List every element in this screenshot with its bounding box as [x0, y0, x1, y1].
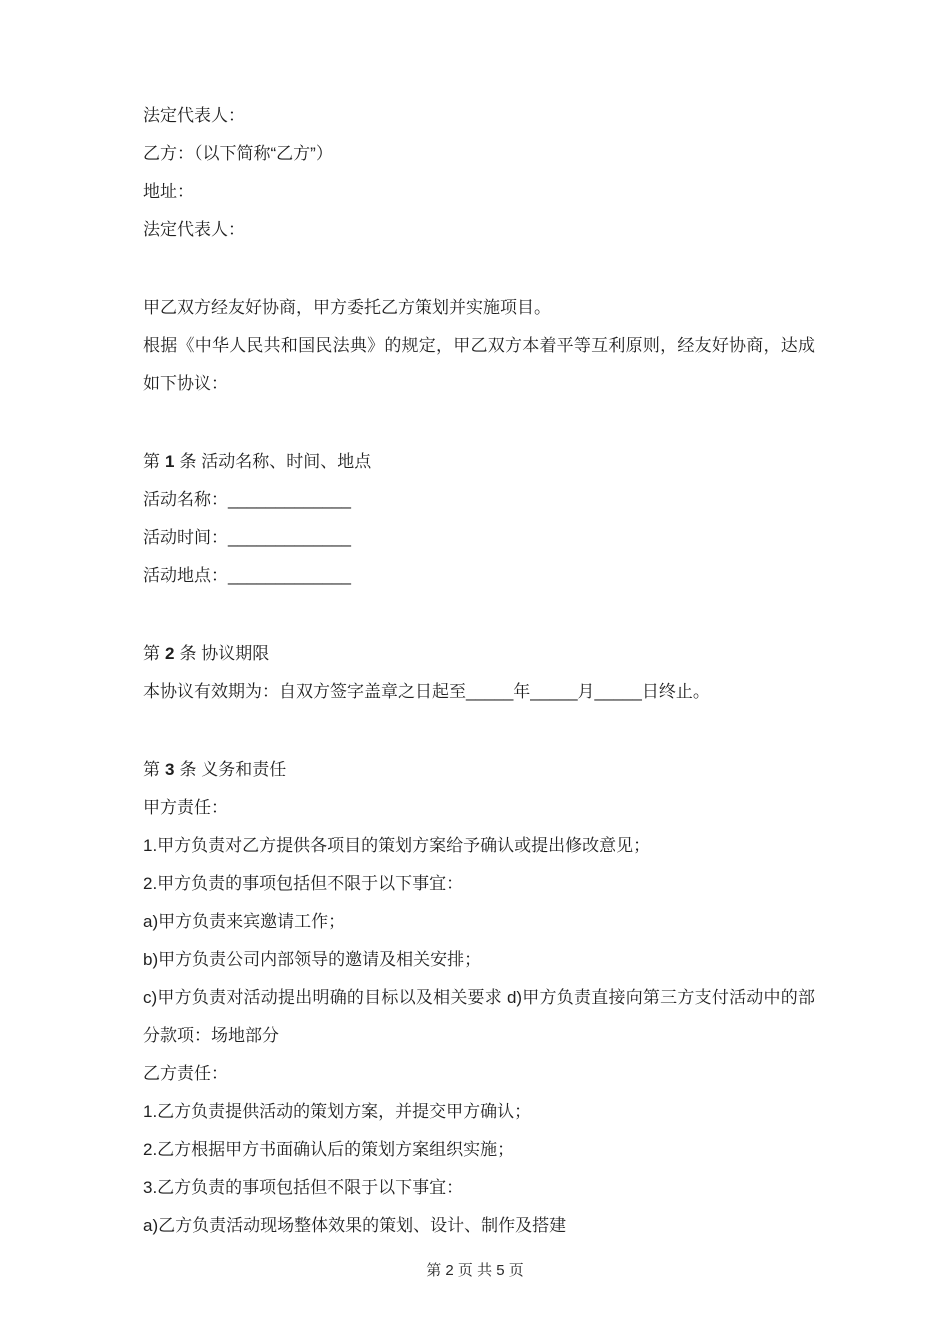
- paragraph: 乙方：（以下简称“乙方”）: [143, 135, 815, 173]
- paragraph: 根据《中华人民共和国民法典》的规定，甲乙双方本着平等互利原则，经友好协商，达成如…: [143, 327, 815, 403]
- paragraph: 活动地点：_____________: [143, 557, 815, 595]
- paragraph: a)甲方负责来宾邀请工作；: [143, 903, 815, 941]
- paragraph: 1.乙方负责提供活动的策划方案，并提交甲方确认；: [143, 1093, 815, 1131]
- paragraph: c)甲方负责对活动提出明确的目标以及相关要求 d)甲方负责直接向第三方支付活动中…: [143, 979, 815, 1055]
- paragraph: 甲乙双方经友好协商，甲方委托乙方策划并实施项目。: [143, 289, 815, 327]
- paragraph: 3.乙方负责的事项包括但不限于以下事宜：: [143, 1169, 815, 1207]
- paragraph: a)乙方负责活动现场整体效果的策划、设计、制作及搭建: [143, 1207, 815, 1245]
- paragraph: b)甲方负责公司内部领导的邀请及相关安排；: [143, 941, 815, 979]
- paragraph: 活动名称：_____________: [143, 481, 815, 519]
- paragraph: 2.乙方根据甲方书面确认后的策划方案组织实施；: [143, 1131, 815, 1169]
- paragraph: 甲方责任：: [143, 789, 815, 827]
- section-heading: 第1条 活动名称、时间、地点: [143, 443, 815, 481]
- paragraph: 2.甲方负责的事项包括但不限于以下事宜：: [143, 865, 815, 903]
- paragraph: 乙方责任：: [143, 1055, 815, 1093]
- paragraph: 1.甲方负责对乙方提供各项目的策划方案给予确认或提出修改意见；: [143, 827, 815, 865]
- paragraph: 法定代表人：: [143, 97, 815, 135]
- section-heading: 第2条 协议期限: [143, 635, 815, 673]
- document-body: 法定代表人：乙方：（以下简称“乙方”）地址：法定代表人：甲乙双方经友好协商，甲方…: [143, 97, 815, 1245]
- paragraph: 地址：: [143, 173, 815, 211]
- page-footer: 第 2 页 共 5 页: [0, 1259, 950, 1280]
- page: 法定代表人：乙方：（以下简称“乙方”）地址：法定代表人：甲乙双方经友好协商，甲方…: [0, 0, 950, 1344]
- paragraph: 本协议有效期为：自双方签字盖章之日起至_____年_____月_____日终止。: [143, 673, 815, 711]
- paragraph: 法定代表人：: [143, 211, 815, 249]
- paragraph: 活动时间：_____________: [143, 519, 815, 557]
- section-heading: 第3条 义务和责任: [143, 751, 815, 789]
